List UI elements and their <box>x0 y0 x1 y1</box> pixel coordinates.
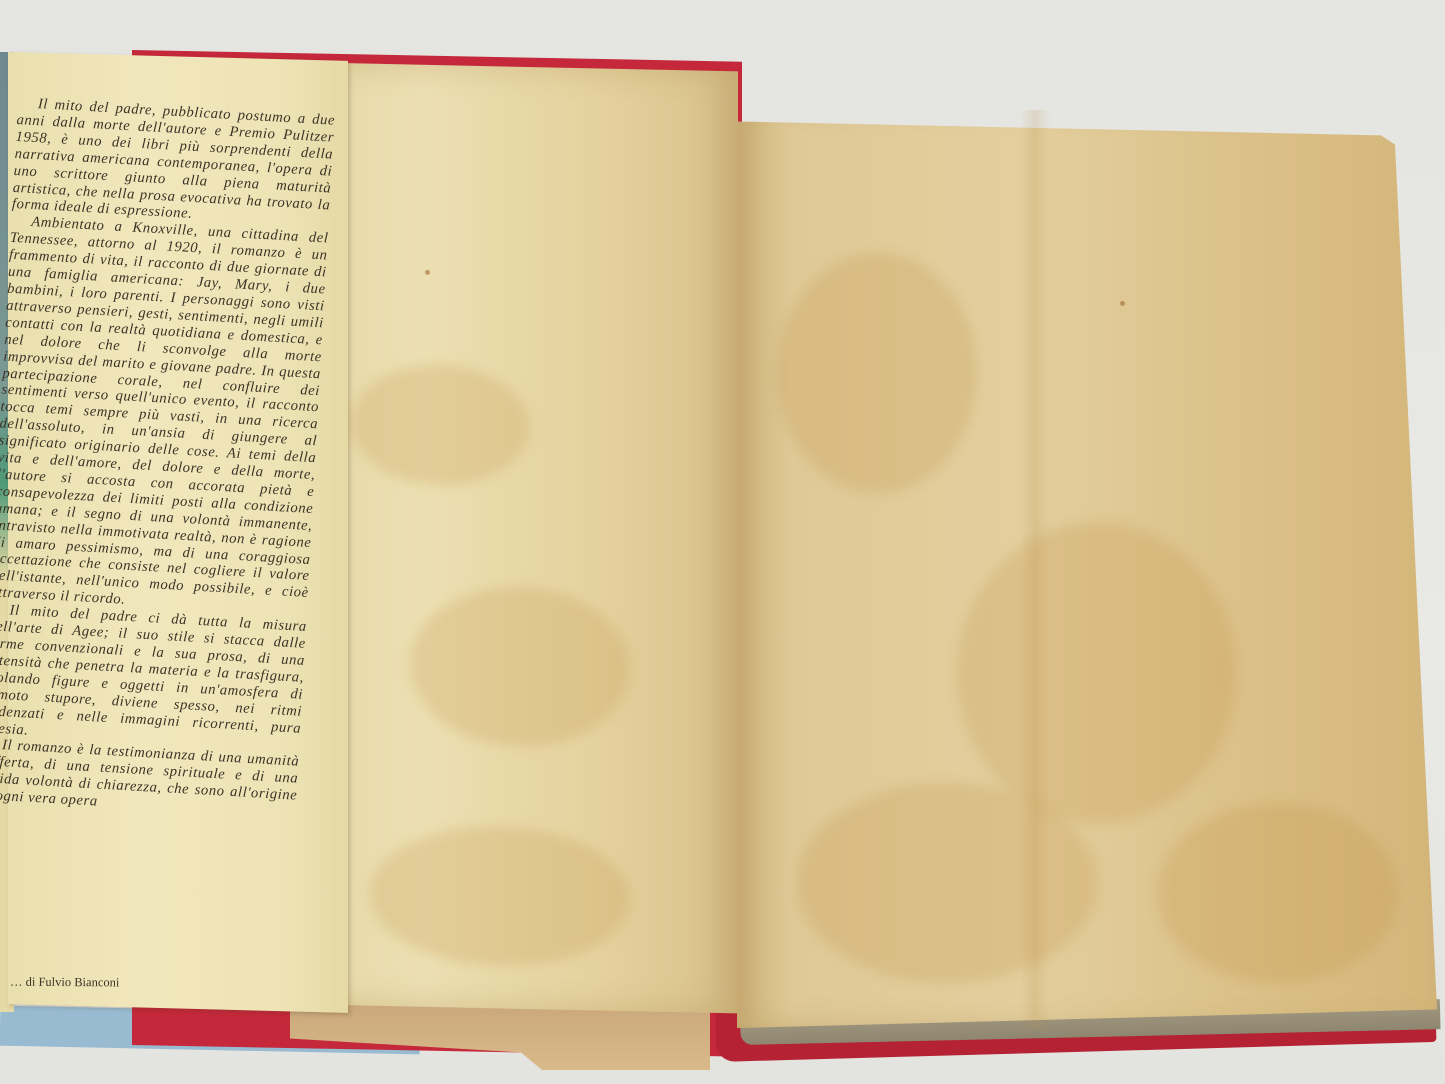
foxing-dot <box>425 270 430 275</box>
foxing-dot <box>1120 301 1125 306</box>
foxing-stain <box>1157 803 1397 983</box>
blurb-paragraph-1: Il mito del padre, pubblicato postumo a … <box>11 95 335 231</box>
foxing-stain <box>777 253 977 493</box>
foxing-stain <box>370 824 630 969</box>
flap-blurb: Il mito del padre, pubblicato postumo a … <box>0 95 336 822</box>
left-endpaper-page <box>290 62 738 1013</box>
cover-design-credit: … di Fulvio Bianconi <box>10 975 119 991</box>
page-fold-crease <box>1020 110 1050 1030</box>
foxing-stain <box>797 783 1097 983</box>
blurb-paragraph-2: Ambientato a Knoxville, una cittadina de… <box>0 213 329 619</box>
foxing-stain <box>410 585 630 750</box>
right-flyleaf-page <box>737 103 1437 1028</box>
blurb-paragraph-3: Il mito del padre ci dà tutta la misura … <box>0 601 307 754</box>
foxing-stain <box>957 523 1237 823</box>
foxing-stain <box>350 363 530 487</box>
